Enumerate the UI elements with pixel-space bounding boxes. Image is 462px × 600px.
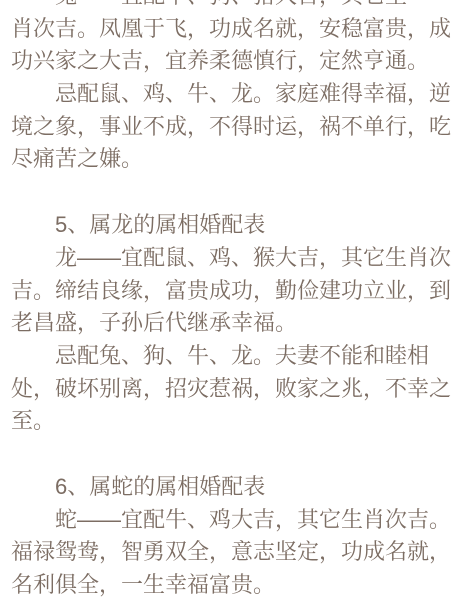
- text-line: 福禄鸳鸯，智勇双全，意志坚定，功成名就，: [11, 536, 451, 569]
- text-line: 忌配鼠、鸡、牛、龙。家庭难得幸福，逆: [11, 78, 451, 111]
- text-line: 功兴家之大吉，宜养柔德慎行，定然亨通。: [11, 45, 451, 78]
- text-line: 吉。缔结良缘，富贵成功，勤俭建功立业，到: [11, 275, 451, 308]
- article-body: 兔——宜配羊、狗、猪大吉，其它生 肖次吉。凤凰于飞，功成名就，安稳富贵，成 功兴…: [0, 0, 462, 600]
- text-line: 尽痛苦之嫌。: [11, 143, 451, 176]
- text-line: 忌配兔、狗、牛、龙。夫妻不能和睦相: [11, 340, 451, 373]
- text-line: 老昌盛，子孙后代继承幸福。: [11, 307, 451, 340]
- document-page: 兔——宜配羊、狗、猪大吉，其它生 肖次吉。凤凰于飞，功成名就，安稳富贵，成 功兴…: [0, 0, 462, 600]
- text-line: 至。: [11, 405, 451, 438]
- section-heading-snake: 6、属蛇的属相婚配表: [11, 471, 451, 504]
- text-line: 蛇——宜配牛、鸡大吉，其它生肖次吉。: [11, 504, 451, 537]
- text-line: 境之象，事业不成，不得时运，祸不单行，吃: [11, 111, 451, 144]
- text-line: 龙——宜配鼠、鸡、猴大吉，其它生肖次: [11, 242, 451, 275]
- text-line-cutoff: 兔——宜配羊、狗、猪大吉，其它生: [11, 0, 451, 13]
- text-line: 名利俱全，一生幸福富贵。: [11, 569, 451, 600]
- section-heading-dragon: 5、属龙的属相婚配表: [11, 209, 451, 242]
- text-line: 肖次吉。凤凰于飞，功成名就，安稳富贵，成: [11, 13, 451, 46]
- text-line: 处，破坏别离，招灾惹祸，败家之兆，不幸之: [11, 373, 451, 406]
